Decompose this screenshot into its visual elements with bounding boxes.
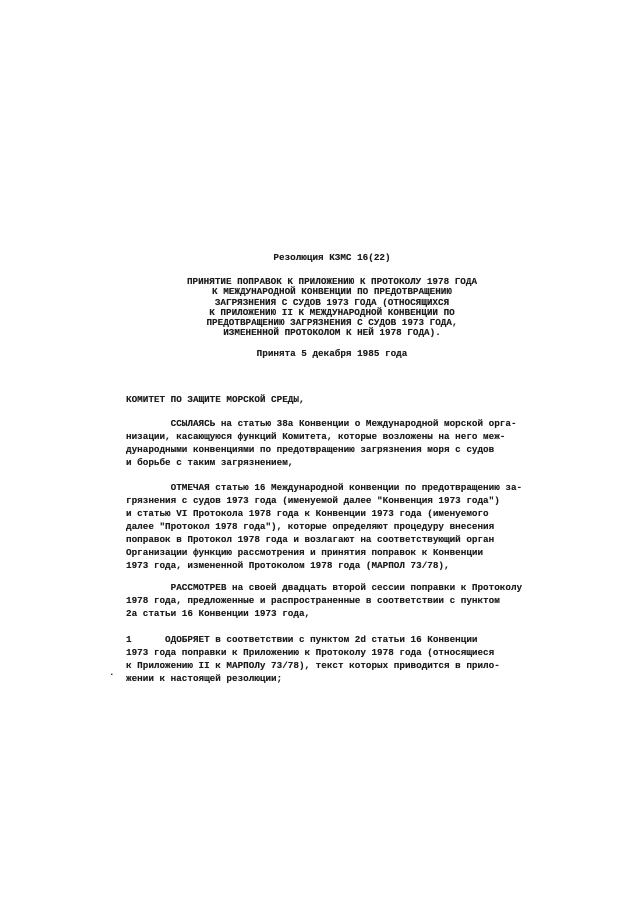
text-line: КОМИТЕТ ПО ЗАЩИТЕ МОРСКОЙ СРЕДЫ, bbox=[126, 393, 305, 406]
title-line: ИЗМЕНЕННОЙ ПРОТОКОЛОМ К НЕЙ 1978 ГОДА). bbox=[120, 328, 544, 338]
adoption-date-block: Принята 5 декабря 1985 года bbox=[120, 347, 544, 360]
text-line: низации, касающуюся функций Комитета, ко… bbox=[126, 430, 517, 443]
text-line: 2а статьи 16 Конвенции 1973 года, bbox=[126, 607, 522, 620]
paragraph-salutation: КОМИТЕТ ПО ЗАЩИТЕ МОРСКОЙ СРЕДЫ, bbox=[126, 393, 305, 406]
text-line: жении к настоящей резолюции; bbox=[126, 672, 500, 685]
text-line: ССЫЛАЯСЬ на статью 38а Конвенции о Между… bbox=[126, 417, 517, 430]
text-line: поправок в Протокол 1978 года и возлагаю… bbox=[126, 533, 522, 546]
text-line: далее "Протокол 1978 года"), которые опр… bbox=[126, 520, 522, 533]
paragraph-recalling: ССЫЛАЯСЬ на статью 38а Конвенции о Между… bbox=[126, 417, 517, 469]
paragraph-approves: 1 ОДОБРЯЕТ в соответствии с пунктом 2d с… bbox=[126, 633, 500, 685]
text-line: дународными конвенциями по предотвращени… bbox=[126, 443, 517, 456]
text-line: Организации функцию рассмотрения и приня… bbox=[126, 546, 522, 559]
text-line: РАССМОТРЕВ на своей двадцать второй сесс… bbox=[126, 581, 522, 594]
text-line: 1978 года, предложенные и распространенн… bbox=[126, 594, 522, 607]
adoption-date: Принята 5 декабря 1985 года bbox=[120, 347, 544, 360]
text-line: ОТМЕЧАЯ статью 16 Международной конвенци… bbox=[126, 481, 522, 494]
text-line: 1973 года поправки к Приложению к Проток… bbox=[126, 646, 500, 659]
text-line: к Приложению II к МАРПОЛу 73/78), текст … bbox=[126, 659, 500, 672]
scanned-document-page: Резолюция КЗМС 16(22) ПРИНЯТИЕ ПОПРАВОК … bbox=[0, 0, 640, 905]
paragraph-noting: ОТМЕЧАЯ статью 16 Международной конвенци… bbox=[126, 481, 522, 572]
resolution-number: Резолюция КЗМС 16(22) bbox=[120, 251, 544, 264]
paragraph-having-considered: РАССМОТРЕВ на своей двадцать второй сесс… bbox=[126, 581, 522, 620]
text-line: и статью VI Протокола 1978 года к Конвен… bbox=[126, 507, 522, 520]
resolution-number-block: Резолюция КЗМС 16(22) bbox=[120, 251, 544, 264]
document-title: ПРИНЯТИЕ ПОПРАВОК К ПРИЛОЖЕНИЮ К ПРОТОКО… bbox=[120, 277, 544, 339]
text-line: 1973 года, измененной Протоколом 1978 го… bbox=[126, 559, 522, 572]
text-line: грязнения с судов 1973 года (именуемой д… bbox=[126, 494, 522, 507]
scan-speck: . bbox=[109, 668, 115, 677]
text-line: 1 ОДОБРЯЕТ в соответствии с пунктом 2d с… bbox=[126, 633, 500, 646]
text-line: и борьбе с таким загрязнением, bbox=[126, 456, 517, 469]
